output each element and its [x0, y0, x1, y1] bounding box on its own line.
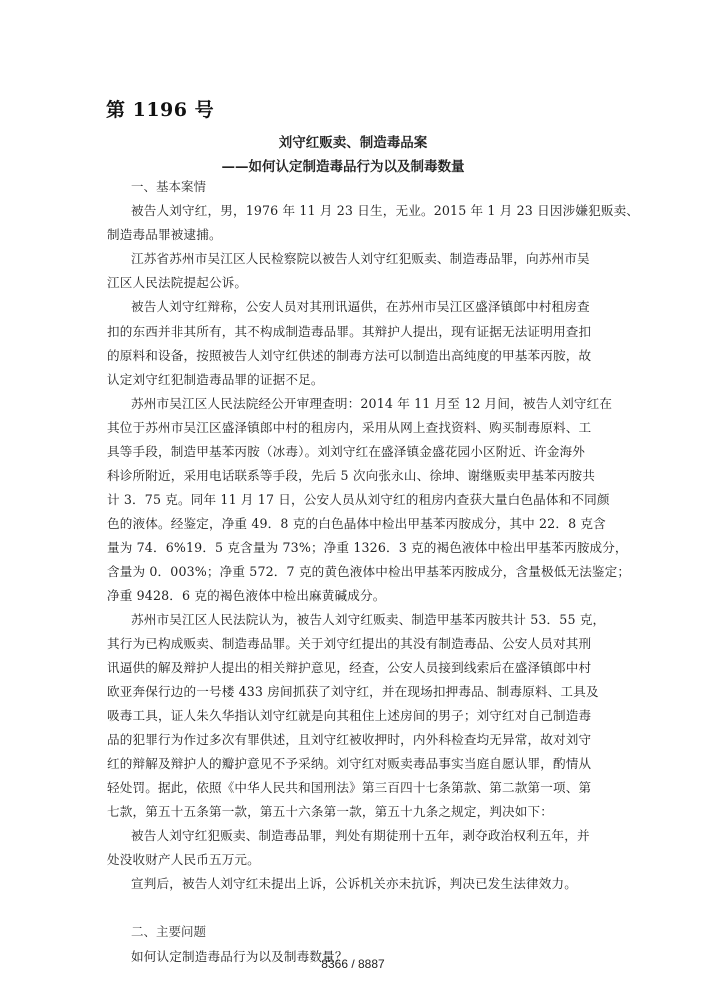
paragraph-line: 苏州市吴江区人民法院认为，被告人刘守红贩卖、制造甲基苯丙胺共计 53．55 克， [131, 609, 625, 628]
paragraph-line: 其位于苏州市吴江区盛泽镇郎中村的租房内，采用从网上查找资料、购买制毒原料、工 [107, 417, 601, 436]
section-heading-basic-facts: 一、基本案情 [131, 177, 206, 195]
paragraph-line: 其行为已构成贩卖、制造毒品罪。关于刘守红提出的其没有制造毒品、公安人员对其刑 [107, 633, 601, 652]
paragraph-line: 认定刘守红犯制造毒品罪的证据不足。 [107, 369, 601, 388]
paragraph-line: 欧亚奔保行边的一号楼 433 房间抓获了刘守红，并在现场扣押毒品、制毒原料、工具… [107, 681, 601, 700]
paragraph-line: 讯逼供的解及辩护人提出的相关辩护意见，经查，公安人员接到线索后在盛泽镇郎中村 [107, 657, 601, 676]
paragraph-line: 制造毒品罪被逮捕。 [107, 224, 601, 243]
paragraph-line: 七款，第五十五条第一款，第五十六条第一款，第五十九条之规定，判决如下： [107, 801, 601, 820]
paragraph-line: 苏州市吴江区人民法院经公开审理查明：2014 年 11 月至 12 月间，被告人… [131, 393, 625, 412]
paragraph-line: 量为 74．6%19．5 克含量为 73%；净重 1326．3 克的褐色液体中检… [107, 537, 601, 556]
document-number: 第 1196 号 [106, 95, 214, 122]
paragraph-line: 处没收财产人民币五万元。 [107, 849, 601, 868]
paragraph-line: 扣的东西并非其所有，其不构成制造毒品罪。其辩护人提出，现有证据无法证明用查扣 [107, 321, 601, 340]
section-heading-main-issue: 二、主要问题 [131, 922, 206, 940]
paragraph-line: 红的辩解及辩护人的瓣护意见不予采纳。刘守红对贩卖毒品事实当庭自愿认罪，酌情从 [107, 753, 601, 772]
paragraph-line: 具等手段，制造甲基苯丙胺（冰毒）。刘刘守红在盛泽镇金盛花园小区附近、许金海外 [107, 441, 601, 460]
paragraph-line: 江区人民法院提起公诉。 [107, 272, 601, 291]
case-subtitle: ——如何认定制造毒品行为以及制毒数量 [96, 155, 590, 175]
paragraph-line: 吸毒工具，证人朱久华指认刘守红就是向其租住上述房间的男子；刘守红对自己制造毒 [107, 705, 601, 724]
paragraph-line: 色的液体。经鉴定，净重 49．8 克的白色晶体中检出甲基苯丙胺成分，其中 22．… [107, 513, 601, 532]
paragraph-line: 江苏省苏州市吴江区人民检察院以被告人刘守红犯贩卖、制造毒品罪，向苏州市吴 [131, 248, 625, 267]
paragraph-line: 计 3．75 克。同年 11 月 17 日，公安人员从刘守红的租房内查获大量白色… [107, 489, 601, 508]
paragraph-line: 被告人刘守红辩称，公安人员对其刑讯逼供，在苏州市吴江区盛泽镇郎中村租房查 [131, 296, 625, 315]
paragraph-line: 含量为 0．003%；净重 572．7 克的黄色液体中检出甲基苯丙胺成分，含量极… [107, 561, 601, 580]
paragraph-line: 宣判后，被告人刘守红未提出上诉，公诉机关亦未抗诉，判决已发生法律效力。 [131, 873, 625, 892]
document-page: 第 1196 号 刘守红贩卖、制造毒品案 ——如何认定制造毒品行为以及制毒数量 … [0, 0, 706, 999]
paragraph-line: 品的犯罪行为作过多次有罪供述，且刘守红被收押时，内外科检查均无异常，故对刘守 [107, 729, 601, 748]
paragraph-line: 科诊所附近，采用电话联系等手段，先后 5 次向张永山、徐坤、谢继贩卖甲基苯丙胺共 [107, 465, 601, 484]
paragraph-line: 被告人刘守红犯贩卖、制造毒品罪，判处有期徒刑十五年，剥夺政治权利五年，并 [131, 825, 625, 844]
paragraph-line: 净重 9428．6 克的褐色液体中检出麻黄碱成分。 [107, 585, 601, 604]
page-counter: 8366 / 8887 [0, 957, 706, 971]
paragraph-line: 的原料和设备，按照被告人刘守红供述的制毒方法可以制造出高纯度的甲基苯丙胺，故 [107, 345, 601, 364]
case-title: 刘守红贩卖、制造毒品案 [106, 131, 600, 151]
paragraph-line: 轻处罚。据此，依照《中华人民共和国刑法》第三百四十七条第款、第二款第一项、第 [107, 777, 601, 796]
paragraph-line: 被告人刘守红，男，1976 年 11 月 23 日生，无业。2015 年 1 月… [131, 200, 625, 219]
